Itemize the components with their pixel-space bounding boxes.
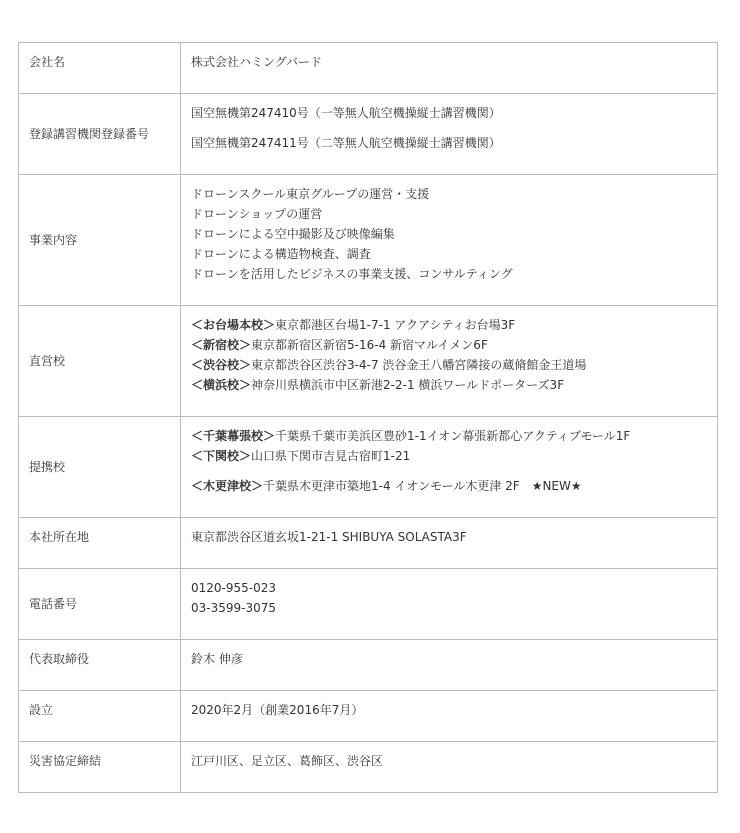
school-entry: ＜木更津校＞千葉県木更津市築地1-4 イオンモール木更津 2F ★NEW★ — [191, 476, 707, 496]
company-info-table: 会社名 株式会社ハミングバード 登録講習機関登録番号 国空無機第247410号（… — [18, 42, 718, 793]
row-value: 株式会社ハミングバード — [181, 43, 718, 94]
school-address: 千葉県木更津市築地1-4 イオンモール木更津 2F ★NEW★ — [263, 479, 582, 493]
school-name: ＜新宿校＞ — [191, 338, 251, 352]
business-item: ドローンショップの運営 — [191, 204, 707, 224]
row-ceo: 代表取締役 鈴木 伸彦 — [19, 640, 718, 691]
row-value: 江戸川区、足立区、葛飾区、渋谷区 — [181, 742, 718, 793]
registration-second-class: 国空無機第247411号（二等無人航空機操縦士講習機関） — [191, 133, 707, 153]
school-name: ＜千葉幕張校＞ — [191, 429, 275, 443]
school-address: 東京都新宿区新宿5-16-4 新宿マルイメン6F — [251, 338, 488, 352]
school-name: ＜木更津校＞ — [191, 479, 263, 493]
row-value: 0120-955-023 03-3599-3075 — [181, 569, 718, 640]
row-direct-schools: 直営校 ＜お台場本校＞東京都港区台場1-7-1 アクアシティお台場3F ＜新宿校… — [19, 306, 718, 417]
row-label: 登録講習機関登録番号 — [19, 94, 181, 175]
business-item: ドローンを活用したビジネスの事業支援、コンサルティング — [191, 264, 707, 284]
row-label: 直営校 — [19, 306, 181, 417]
row-label: 本社所在地 — [19, 518, 181, 569]
business-item: ドローンによる空中撮影及び映像編集 — [191, 224, 707, 244]
row-registration-number: 登録講習機関登録番号 国空無機第247410号（一等無人航空機操縦士講習機関） … — [19, 94, 718, 175]
business-item: ドローンによる構造物検査、調査 — [191, 244, 707, 264]
school-entry: ＜下関校＞山口県下関市吉見古宿町1-21 — [191, 446, 707, 466]
row-label: 提携校 — [19, 417, 181, 518]
row-label: 会社名 — [19, 43, 181, 94]
registration-first-class: 国空無機第247410号（一等無人航空機操縦士講習機関） — [191, 103, 707, 123]
ceo-name: 鈴木 伸彦 — [191, 649, 707, 669]
school-entry: ＜お台場本校＞東京都港区台場1-7-1 アクアシティお台場3F — [191, 315, 707, 335]
row-label: 代表取締役 — [19, 640, 181, 691]
school-entry: ＜渋谷校＞東京都渋谷区渋谷3-4-7 渋谷金王八幡宮隣接の蔵脩館金王道場 — [191, 355, 707, 375]
hq-address: 東京都渋谷区道玄坂1-21-1 SHIBUYA SOLASTA3F — [191, 527, 707, 547]
row-value: 国空無機第247410号（一等無人航空機操縦士講習機関） 国空無機第247411… — [181, 94, 718, 175]
row-business: 事業内容 ドローンスクール東京グループの運営・支援 ドローンショップの運営 ドロ… — [19, 175, 718, 306]
school-address: 東京都港区台場1-7-1 アクアシティお台場3F — [275, 318, 515, 332]
company-name-value: 株式会社ハミングバード — [191, 52, 707, 72]
school-entry: ＜横浜校＞神奈川県横浜市中区新港2-2-1 横浜ワールドポーターズ3F — [191, 375, 707, 395]
row-disaster-agreement: 災害協定締結 江戸川区、足立区、葛飾区、渋谷区 — [19, 742, 718, 793]
school-name: ＜渋谷校＞ — [191, 358, 251, 372]
row-label: 事業内容 — [19, 175, 181, 306]
school-name: ＜お台場本校＞ — [191, 318, 275, 332]
row-label: 災害協定締結 — [19, 742, 181, 793]
row-value: ＜お台場本校＞東京都港区台場1-7-1 アクアシティお台場3F ＜新宿校＞東京都… — [181, 306, 718, 417]
row-company-name: 会社名 株式会社ハミングバード — [19, 43, 718, 94]
row-value: 東京都渋谷区道玄坂1-21-1 SHIBUYA SOLASTA3F — [181, 518, 718, 569]
school-name: ＜下関校＞ — [191, 449, 251, 463]
disaster-wards: 江戸川区、足立区、葛飾区、渋谷区 — [191, 751, 707, 771]
school-address: 神奈川県横浜市中区新港2-2-1 横浜ワールドポーターズ3F — [251, 378, 564, 392]
school-entry: ＜新宿校＞東京都新宿区新宿5-16-4 新宿マルイメン6F — [191, 335, 707, 355]
row-value: ＜千葉幕張校＞千葉県千葉市美浜区豊砂1-1イオン幕張新都心アクティブモール1F … — [181, 417, 718, 518]
row-partner-schools: 提携校 ＜千葉幕張校＞千葉県千葉市美浜区豊砂1-1イオン幕張新都心アクティブモー… — [19, 417, 718, 518]
row-label: 電話番号 — [19, 569, 181, 640]
business-item: ドローンスクール東京グループの運営・支援 — [191, 184, 707, 204]
row-phone: 電話番号 0120-955-023 03-3599-3075 — [19, 569, 718, 640]
row-value: 鈴木 伸彦 — [181, 640, 718, 691]
row-established: 設立 2020年2月（創業2016年7月） — [19, 691, 718, 742]
phone-number: 0120-955-023 — [191, 578, 707, 598]
row-value: ドローンスクール東京グループの運営・支援 ドローンショップの運営 ドローンによる… — [181, 175, 718, 306]
row-headquarters: 本社所在地 東京都渋谷区道玄坂1-21-1 SHIBUYA SOLASTA3F — [19, 518, 718, 569]
school-name: ＜横浜校＞ — [191, 378, 251, 392]
school-address: 東京都渋谷区渋谷3-4-7 渋谷金王八幡宮隣接の蔵脩館金王道場 — [251, 358, 586, 372]
school-address: 山口県下関市吉見古宿町1-21 — [251, 449, 410, 463]
row-value: 2020年2月（創業2016年7月） — [181, 691, 718, 742]
school-entry: ＜千葉幕張校＞千葉県千葉市美浜区豊砂1-1イオン幕張新都心アクティブモール1F — [191, 426, 707, 446]
established-date: 2020年2月（創業2016年7月） — [191, 700, 707, 720]
school-address: 千葉県千葉市美浜区豊砂1-1イオン幕張新都心アクティブモール1F — [275, 429, 630, 443]
row-label: 設立 — [19, 691, 181, 742]
phone-number: 03-3599-3075 — [191, 598, 707, 618]
